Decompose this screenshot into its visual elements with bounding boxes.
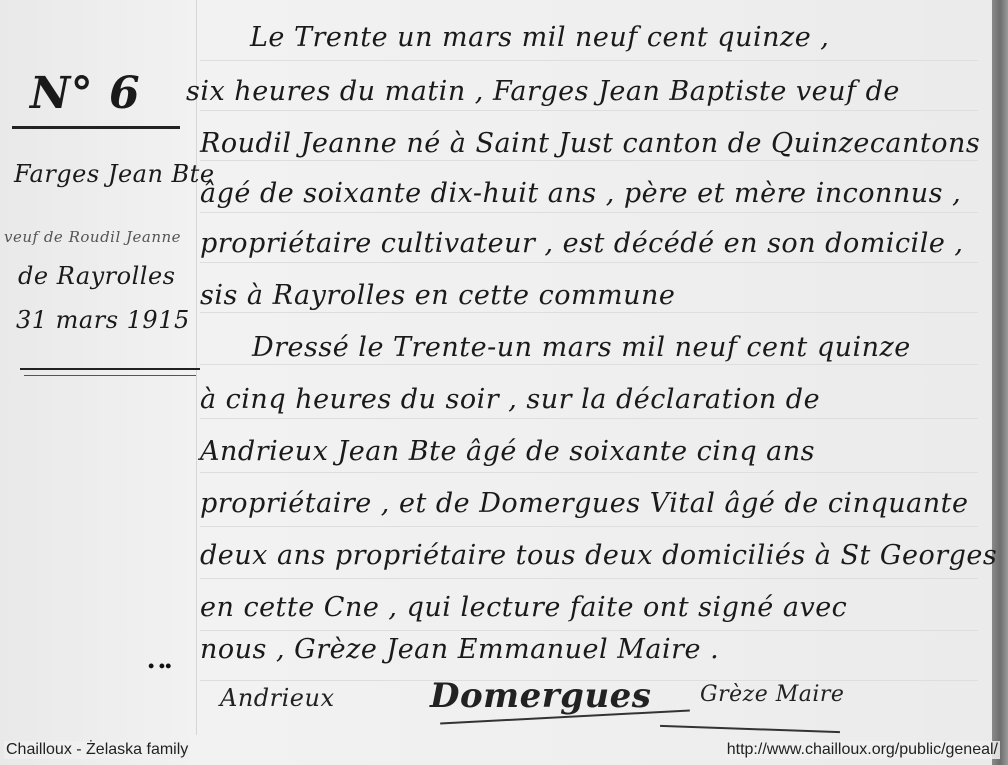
record-line-11: deux ans propriétaire tous deux domicili… (200, 540, 997, 571)
record-line-12: en cette Cne , qui lecture faite ont sig… (200, 592, 847, 623)
signature-mayor: Grèze Maire (700, 682, 844, 707)
family-label: Chailloux - Żelaska family (4, 741, 190, 759)
record-line-13: nous , Grèze Jean Emmanuel Maire . (200, 634, 719, 665)
ruled-line (200, 364, 978, 365)
ruled-line (200, 472, 978, 473)
margin-end-rule-thin (24, 375, 196, 376)
margin-end-rule (20, 368, 200, 370)
filler-dots: • •• (148, 656, 171, 677)
book-binding-edge (992, 0, 1008, 765)
act-number-underline (12, 126, 180, 129)
ruled-line (200, 160, 978, 161)
act-number-text: N° 6 (30, 68, 140, 119)
ruled-line (200, 418, 978, 419)
ruled-line (200, 526, 978, 527)
record-line-5: propriétaire cultivateur , est décédé en… (200, 228, 963, 259)
record-line-3: Roudil Jeanne né à Saint Just canton de … (200, 128, 980, 159)
signature-declarant-2: Domergues (430, 676, 651, 716)
record-line-8: à cinq heures du soir , sur la déclarati… (200, 384, 820, 415)
ruled-line (200, 262, 978, 263)
record-line-7: Dressé le Trente-un mars mil neuf cent q… (252, 332, 911, 363)
ruled-line (200, 630, 978, 631)
record-line-2: six heures du matin , Farges Jean Baptis… (186, 76, 900, 107)
scanned-document-page: N° 6 Farges Jean Bte veuf de Roudil Jean… (0, 0, 1008, 765)
ruled-line (200, 578, 978, 579)
ruled-line (200, 312, 978, 313)
record-line-1: Le Trente un mars mil neuf cent quinze , (250, 22, 829, 53)
ruled-line (200, 110, 978, 111)
record-line-9: Andrieux Jean Bte âgé de soixante cinq a… (200, 436, 815, 467)
act-number: N° 6 (30, 68, 140, 119)
margin-name: Farges Jean Bte (14, 160, 215, 188)
record-line-4: âgé de soixante dix-huit ans , père et m… (200, 178, 961, 209)
source-url[interactable]: http://www.chailloux.org/public/geneal/ (725, 741, 1000, 759)
record-line-6: sis à Rayrolles en cette commune (200, 280, 675, 311)
ruled-line (200, 60, 978, 61)
margin-place: de Rayrolles (18, 262, 175, 290)
ruled-line (200, 212, 978, 213)
margin-date: 31 mars 1915 (16, 306, 190, 334)
signature-flourish-2 (660, 725, 840, 733)
signature-declarant-1: Andrieux (220, 684, 335, 712)
record-line-10: propriétaire , et de Domergues Vital âgé… (200, 488, 968, 519)
margin-spouse: veuf de Roudil Jeanne (4, 228, 181, 246)
